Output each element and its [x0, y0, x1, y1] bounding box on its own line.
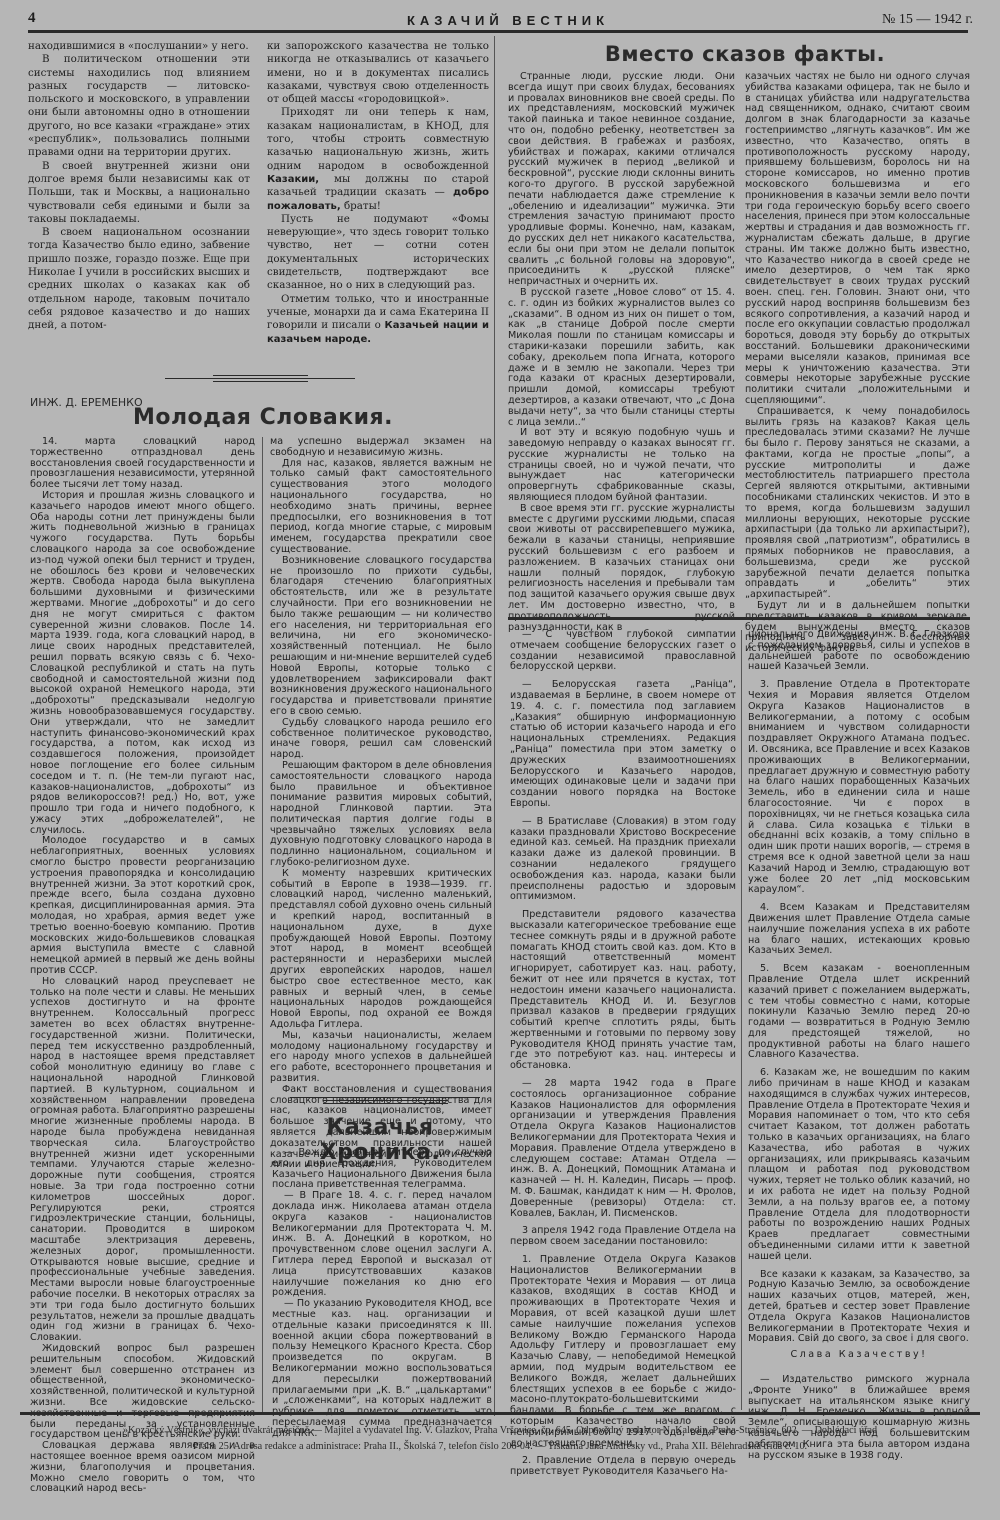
paragraph: Но словацкий народ преуспевает не только…: [30, 977, 255, 1344]
news-item: — Вождю Адольфу Гитлеру, по случаю его д…: [272, 1148, 492, 1191]
paragraph: Спрашивается, к чему понадобилось вылить…: [745, 407, 970, 601]
news-item: 3 апреля 1942 года Правление Отдела на п…: [510, 1226, 736, 1248]
continued-article-col1: находившимися в «послушании» у него. В п…: [28, 40, 250, 333]
paragraph: Мы, казачьи националисты, желаем молодом…: [270, 1031, 492, 1085]
news-item: — С чувством глубокой симпатии отмечаем …: [510, 630, 736, 673]
footer-rule: [20, 1412, 980, 1415]
paragraph: 14. марта словацкий народ торжественно о…: [30, 437, 255, 491]
slovakia-article-col1: 14. марта словацкий народ торжественно о…: [30, 437, 255, 1495]
paragraph: Для нас, казаков, является важным не тол…: [270, 459, 492, 556]
facts-article-title: Вместо сказов факты.: [505, 42, 985, 66]
paragraph: находившимися в «послушании» у него.: [28, 40, 250, 53]
paragraph: В своем национальном осознании тогда Каз…: [28, 226, 250, 332]
news-item: 5. Всем казакам - военопленным Правление…: [748, 964, 970, 1061]
news-item: Все казаки к казакам, за Казачество, за …: [748, 1270, 970, 1346]
news-item: 1. Правление Отдела Округа Казаков Нацио…: [510, 1255, 736, 1449]
column-rule: [494, 36, 495, 1416]
newspaper-title: КАЗАЧИЙ ВЕСТНИК: [28, 13, 988, 28]
imprint: »Kozácký Věstník«, vychází dvakrát měsíč…: [20, 1423, 980, 1455]
column-rule: [741, 630, 742, 1410]
news-item: — 28 марта 1942 года в Праге состоялось …: [510, 1079, 736, 1219]
news-item: Представители рядового казачества высказ…: [510, 910, 736, 1072]
imprint-line: Praha 25. Adresa redakce a administrace:…: [20, 1439, 980, 1455]
section-divider: [290, 1097, 480, 1106]
section-rule: [508, 617, 970, 620]
chronicle-col3: ционального Движения инж. В. Г. Глазкова…: [748, 630, 970, 1461]
news-item: — В Братиславе (Словакия) в этом году ка…: [510, 817, 736, 903]
paragraph: В политическом отношении эти системы нах…: [28, 53, 250, 159]
paragraph: ки запорожского казачества не только ник…: [267, 40, 489, 106]
news-item: 6. Казакам же, не вошедшим по каким либо…: [748, 1068, 970, 1262]
facts-article-col2: казачьих частях не было ни одного случая…: [745, 72, 970, 655]
paragraph: Решающим фактором в деле обновления само…: [270, 761, 492, 869]
paragraph: Странные люди, русские люди. Они всегда …: [508, 72, 735, 288]
section-divider: [165, 375, 355, 384]
paragraph: И вот эту и всякую подобную чушь и завед…: [508, 428, 735, 504]
paragraph: Возникновение словацкого государства не …: [270, 556, 492, 718]
paragraph: К моменту назревших критических событий …: [270, 869, 492, 1031]
masthead: 4 КАЗАЧИЙ ВЕСТНИК № 15 — 1942 г.: [28, 10, 988, 30]
facts-article-col1: Странные люди, русские люди. Они всегда …: [508, 72, 735, 633]
slogan: Слава Казачеству!: [748, 1350, 970, 1361]
paragraph: Судьбу словацкого народа решило его собс…: [270, 718, 492, 761]
imprint-line: »Kozácký Věstník«, vychází dvakrát měsíč…: [20, 1423, 980, 1439]
news-item: 2. Правление Отдела в первую очередь при…: [510, 1456, 736, 1478]
paragraph: История и прошлая жизнь словацкого и каз…: [30, 491, 255, 837]
news-item: 4. Всем Казакам и Представителям Движени…: [748, 903, 970, 957]
chronicle-col2: — С чувством глубокой симпатии отмечаем …: [510, 630, 736, 1478]
news-item: 3. Правление Отдела в Протекторате Чехия…: [748, 680, 970, 896]
paragraph: казачьих частях не было ни одного случая…: [745, 72, 970, 407]
paragraph: В своей внутренней жизни они долгое врем…: [28, 160, 250, 226]
issue-number: № 15 — 1942 г.: [882, 12, 973, 28]
continued-article-col2: ки запорожского казачества не только ник…: [267, 40, 489, 346]
paragraph: В свое время эти гг. русские журналисты …: [508, 504, 735, 634]
masthead-rule: [28, 30, 968, 33]
news-item: — Белорусская газета „Раніца“, издаваема…: [510, 680, 736, 810]
newspaper-page: 4 КАЗАЧИЙ ВЕСТНИК № 15 — 1942 г. находив…: [0, 0, 1000, 1520]
paragraph: Отметим только, что и иностранные ученые…: [267, 293, 489, 346]
news-item: — В Праге 18. 4. с. г. перед началом док…: [272, 1191, 492, 1299]
paragraph: Пусть не подумают «Фомы неверующие», что…: [267, 213, 489, 293]
news-item: ционального Движения инж. В. Г. Глазкова…: [748, 630, 970, 673]
paragraph: Молодое государство и в самых неблагопри…: [30, 836, 255, 976]
paragraph: ма успешно выдержал экзамен на свободную…: [270, 437, 492, 459]
slovakia-article-col2: ма успешно выдержал экзамен на свободную…: [270, 437, 492, 1171]
slovakia-article-title: Молодая Словакия.: [28, 405, 498, 430]
paragraph: Приходят ли они теперь к нам, казакам на…: [267, 106, 489, 212]
paragraph: В русской газете „Новое слово“ от 15. 4.…: [508, 288, 735, 428]
chronicle-col1: — Вождю Адольфу Гитлеру, по случаю его д…: [272, 1148, 492, 1440]
column-rule: [262, 437, 263, 1412]
news-item: — По указанию Руководителя КНОД, все мес…: [272, 1299, 492, 1439]
